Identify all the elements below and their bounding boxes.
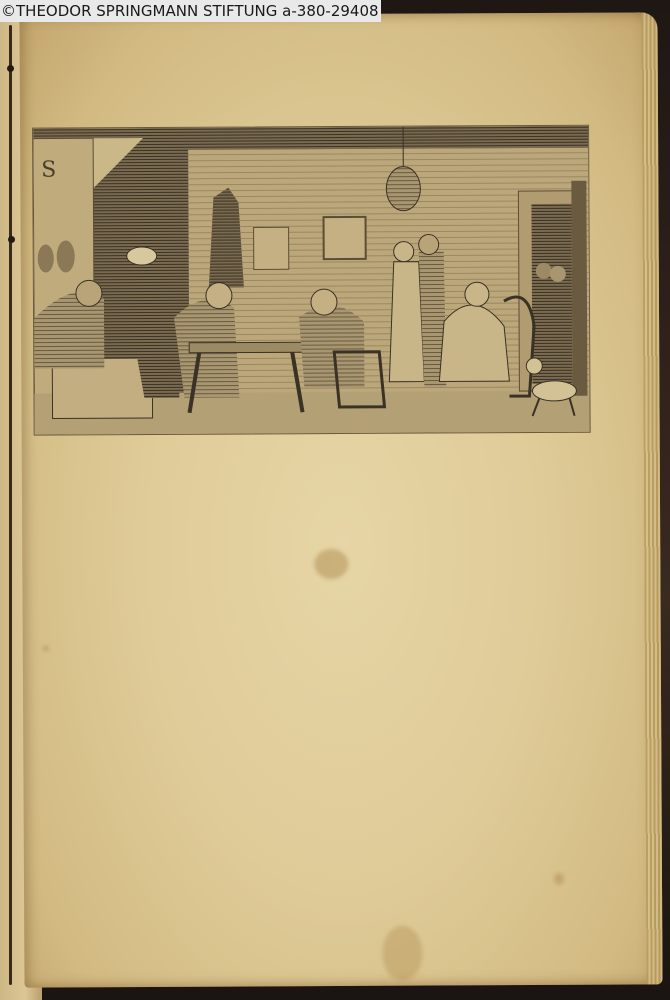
engraving-scene: S [33,126,590,435]
binding-stitch [8,236,15,243]
binding-gutter [9,25,12,985]
copyright-watermark: ©THEODOR SPRINGMANN STIFTUNG a-380-29408 [0,0,381,22]
svg-text:S: S [41,157,56,182]
book-page: S [19,12,662,987]
stain [554,873,564,885]
stain [382,926,422,981]
engraving-illustration: S [32,125,591,436]
stain [43,646,49,652]
stain [314,549,348,579]
binding-stitch [7,65,14,72]
